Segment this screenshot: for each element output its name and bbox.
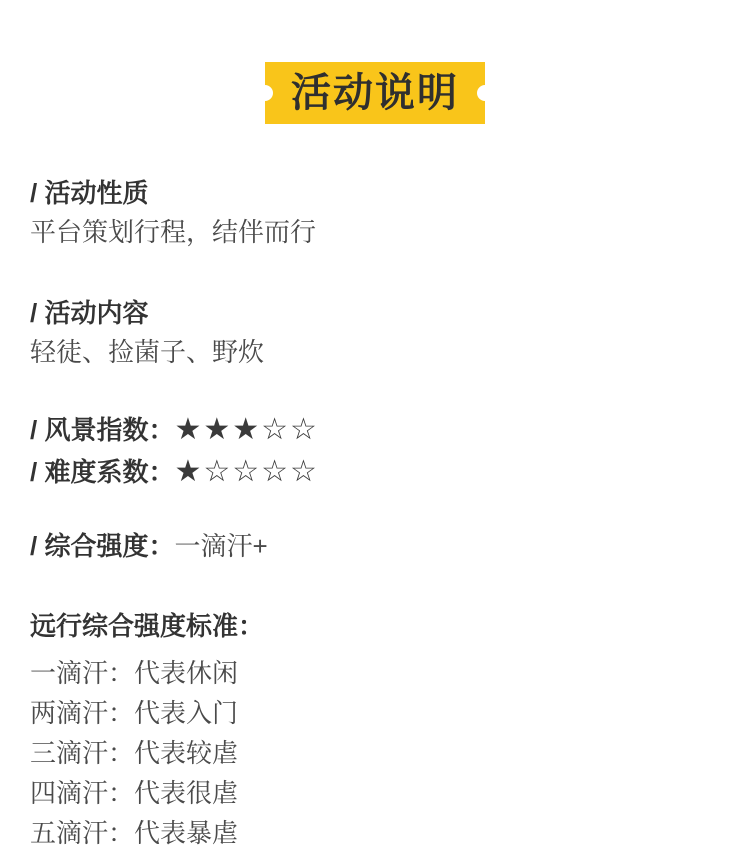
ticket-notch-left	[257, 85, 273, 101]
section-heading: / 活动性质	[30, 176, 720, 210]
ticket-notch-right	[477, 85, 493, 101]
intensity-value: 一滴汗+	[174, 531, 267, 561]
section-heading: / 活动内容	[30, 296, 720, 330]
section-activity-nature: / 活动性质 平台策划行程，结伴而行	[30, 176, 720, 248]
activity-description-page: 活动说明 / 活动性质 平台策划行程，结伴而行 / 活动内容 轻徒、捡菌子、野炊…	[0, 0, 750, 858]
standards-list: 一滴汗：代表休闲 两滴汗：代表入门 三滴汗：代表较虐 四滴汗：代表很虐 五滴汗：…	[30, 653, 720, 853]
intensity-label: / 综合强度：	[30, 531, 174, 561]
standards-block: 远行综合强度标准： 一滴汗：代表休闲 两滴汗：代表入门 三滴汗：代表较虐 四滴汗…	[30, 609, 720, 853]
banner-wrap: 活动说明	[0, 0, 750, 124]
section-activity-content: / 活动内容 轻徒、捡菌子、野炊	[30, 296, 720, 368]
standards-item: 三滴汗：代表较虐	[30, 733, 720, 773]
page-title: 活动说明	[291, 71, 459, 115]
section-body: 平台策划行程，结伴而行	[30, 216, 720, 248]
difficulty-stars-icon: ★☆☆☆☆	[174, 454, 318, 489]
section-body: 轻徒、捡菌子、野炊	[30, 336, 720, 368]
content: / 活动性质 平台策划行程，结伴而行 / 活动内容 轻徒、捡菌子、野炊 / 风景…	[0, 176, 750, 853]
standards-item: 四滴汗：代表很虐	[30, 773, 720, 813]
scenery-rating-label: / 风景指数：	[30, 415, 174, 445]
standards-item: 五滴汗：代表暴虐	[30, 813, 720, 853]
standards-heading: 远行综合强度标准：	[30, 609, 720, 643]
difficulty-rating-row: / 难度系数：★☆☆☆☆	[30, 452, 720, 492]
standards-item: 一滴汗：代表休闲	[30, 653, 720, 693]
standards-item: 两滴汗：代表入门	[30, 693, 720, 733]
scenery-rating-row: / 风景指数：★★★☆☆	[30, 410, 720, 450]
difficulty-rating-label: / 难度系数：	[30, 457, 174, 487]
intensity-row: / 综合强度：一滴汗+	[30, 526, 720, 571]
ratings-block: / 风景指数：★★★☆☆ / 难度系数：★☆☆☆☆	[30, 410, 720, 492]
ticket-banner: 活动说明	[265, 62, 485, 124]
scenery-stars-icon: ★★★☆☆	[174, 412, 318, 447]
